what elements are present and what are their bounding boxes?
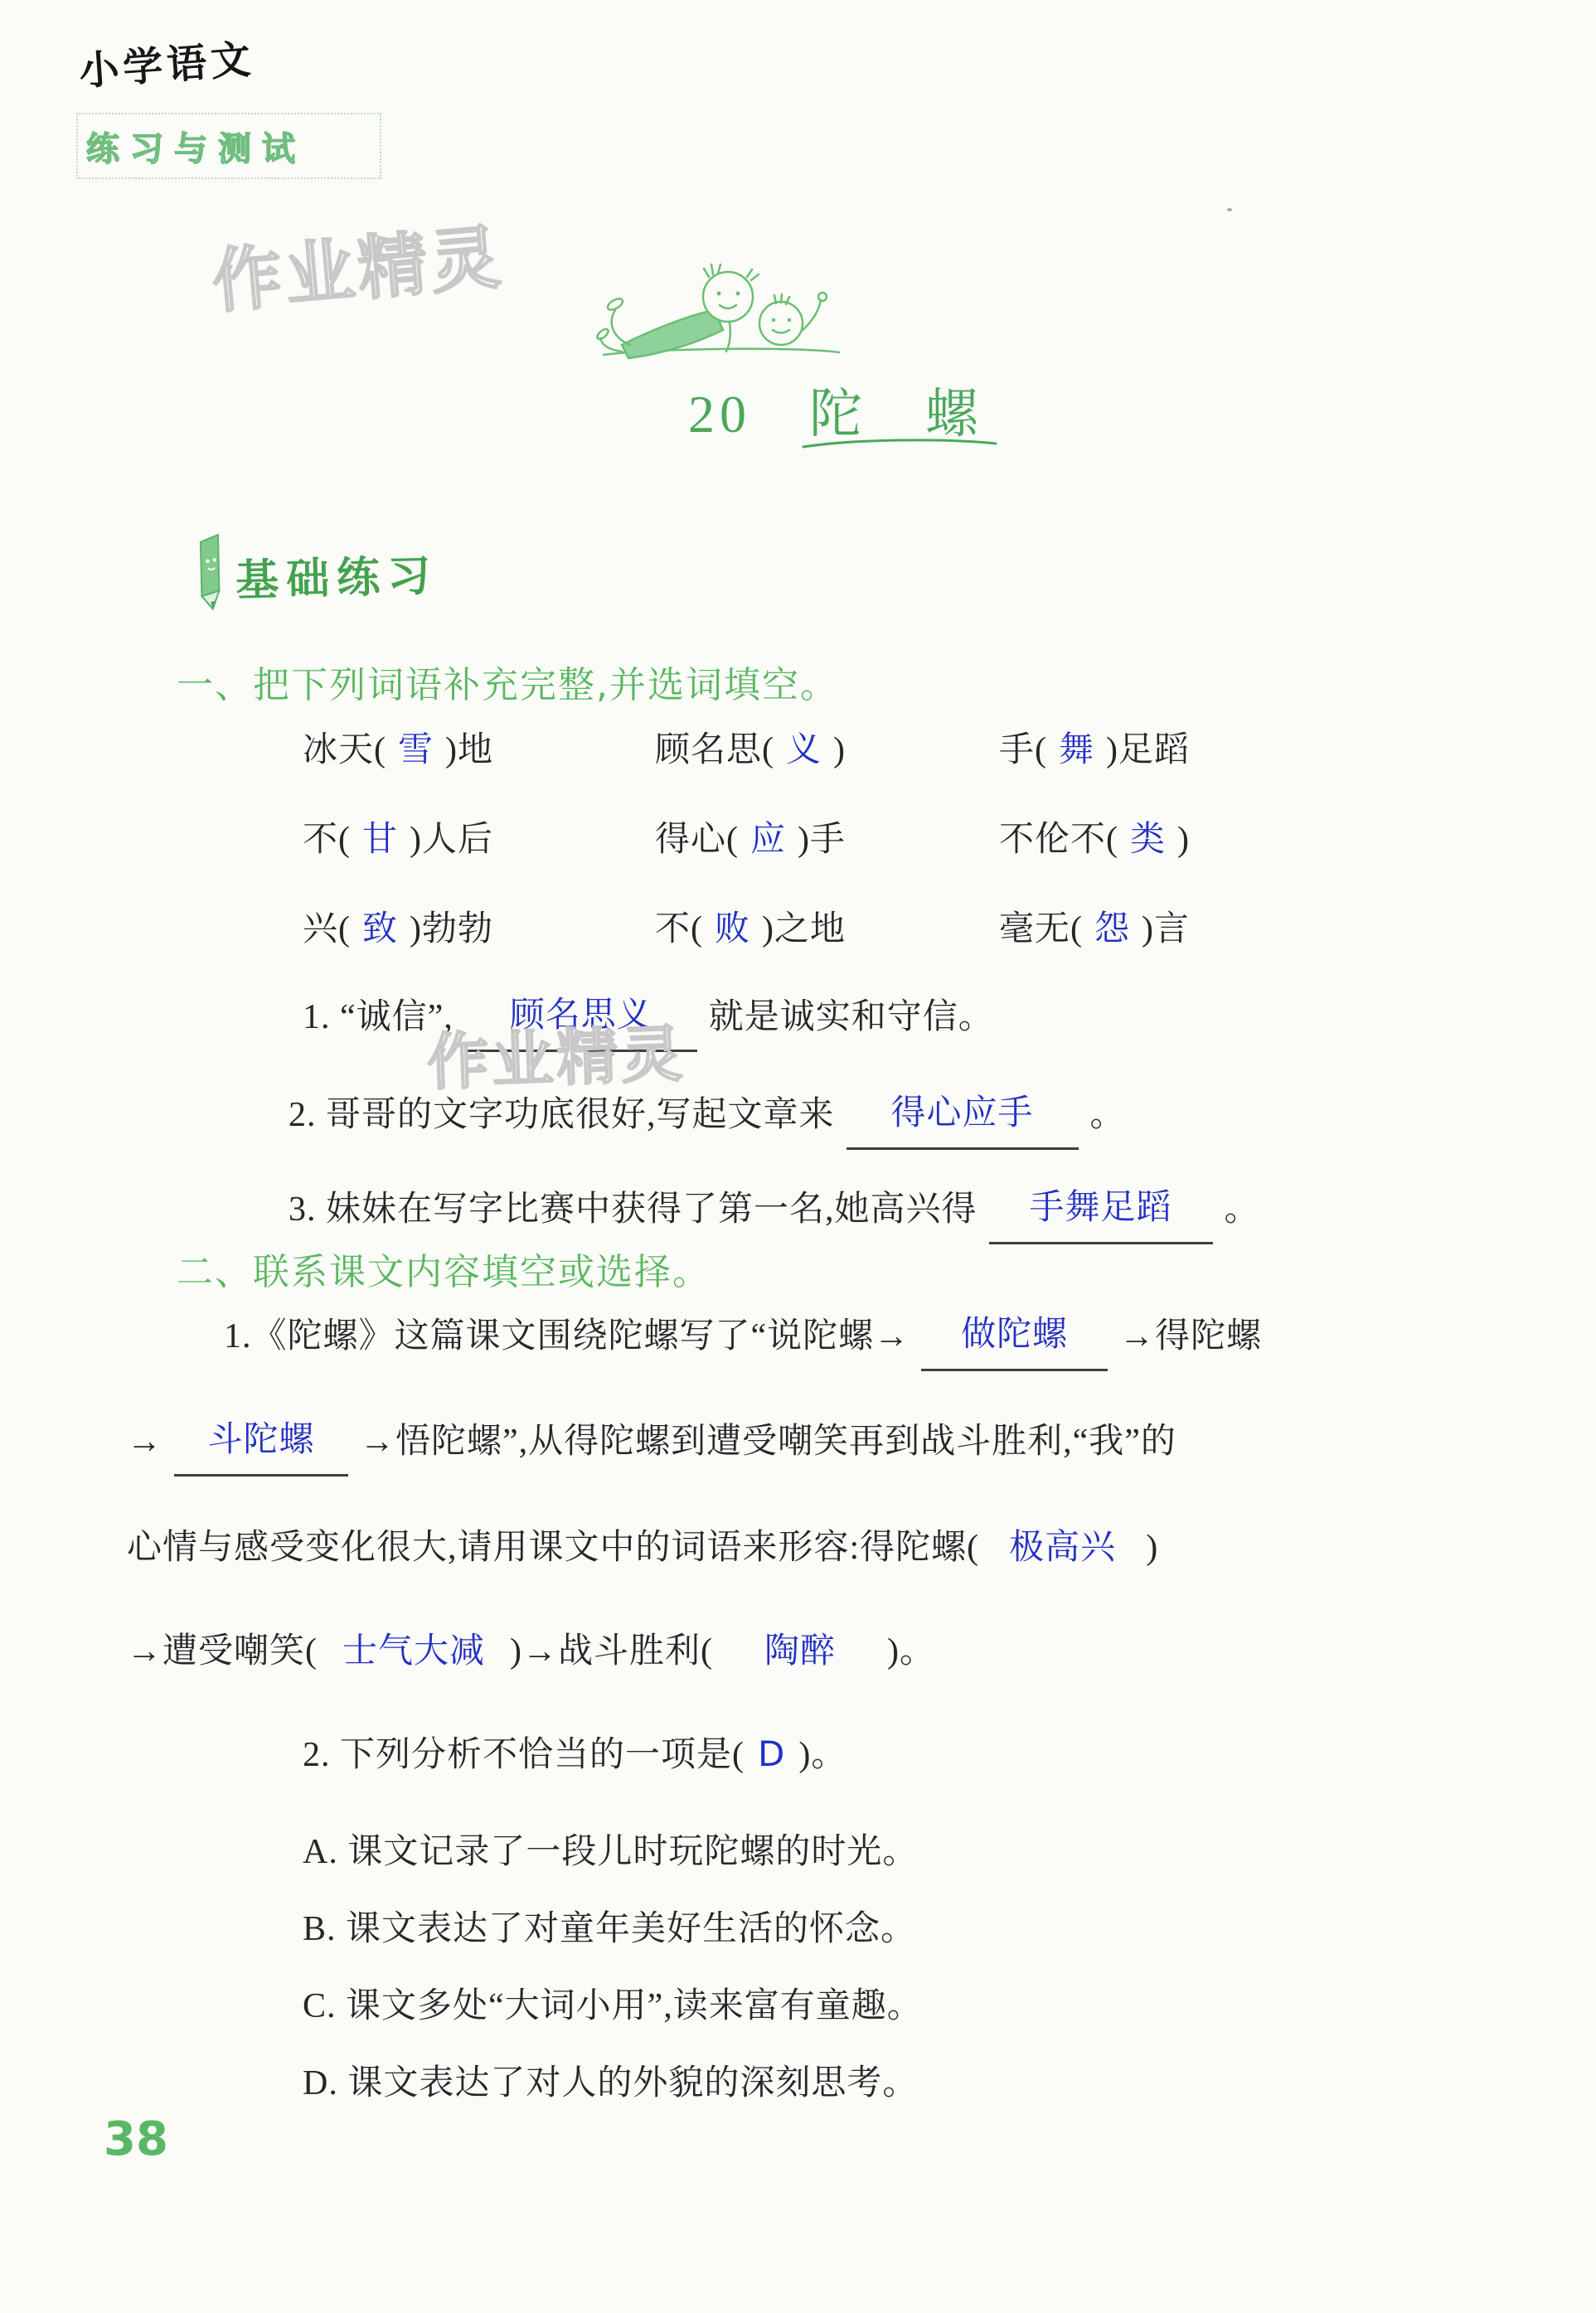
word-pre: 不( bbox=[655, 910, 703, 948]
word-answer: 义 bbox=[774, 729, 833, 769]
section-title-basic-practice: 基础练习 bbox=[235, 541, 439, 608]
q1-line2: →斗陀螺→悟陀螺”,从得陀螺到遭受嘲笑再到战斗胜利,“我”的 bbox=[127, 1419, 1176, 1477]
q1-text: 心情与感受变化很大,请用课文中的词语来形容:得陀螺( bbox=[127, 1529, 979, 1567]
word-answer: 舞 bbox=[1047, 729, 1106, 769]
fill-item-text: 。 bbox=[1225, 1190, 1260, 1229]
scan-speck bbox=[1227, 208, 1232, 211]
word-answer: 雪 bbox=[386, 729, 445, 769]
word-answer: 类 bbox=[1118, 818, 1177, 859]
word-pre: 兴( bbox=[303, 910, 351, 948]
word-pre: 冰天( bbox=[303, 731, 386, 769]
word-post: )地 bbox=[445, 731, 493, 769]
word-pre: 得心( bbox=[655, 821, 739, 859]
word-pre: 手( bbox=[999, 731, 1047, 769]
word-cell: 不(甘)人后 bbox=[303, 817, 493, 862]
answer-underline: 做陀螺 bbox=[921, 1314, 1108, 1371]
word-cell: 得心(应)手 bbox=[655, 817, 846, 862]
word-post: ) bbox=[1177, 821, 1190, 859]
word-pre: 毫无( bbox=[999, 910, 1083, 948]
word-cell: 不伦不(类) bbox=[999, 817, 1190, 862]
answer-underline: 手舞足蹈 bbox=[989, 1187, 1213, 1244]
word-answer: 甘 bbox=[351, 818, 410, 859]
q1-line3: 心情与感受变化很大,请用课文中的词语来形容:得陀螺(极高兴) bbox=[127, 1525, 1158, 1570]
handwritten-answer: D bbox=[745, 1734, 798, 1774]
brand-title: 小学语文 bbox=[77, 27, 256, 97]
q1-text: )→战斗胜利( bbox=[510, 1632, 713, 1670]
word-post: )言 bbox=[1142, 910, 1190, 948]
fill-item-text: 就是诚实和守信。 bbox=[709, 998, 994, 1036]
handwritten-answer: 陶醉 bbox=[713, 1630, 887, 1670]
handwritten-answer: 斗陀螺 bbox=[207, 1418, 314, 1462]
fill-item-text: 2. 哥哥的文字功底很好,写起文章来 bbox=[289, 1096, 835, 1134]
fill-item-text: 1. “诚信”, bbox=[303, 998, 454, 1036]
word-post: )足蹈 bbox=[1106, 731, 1190, 769]
watermark-text: 作业精灵 bbox=[207, 201, 507, 327]
word-pre: 不( bbox=[303, 821, 351, 859]
word-cell: 毫无(怨)言 bbox=[999, 907, 1190, 952]
fill-item-text: 3. 妹妹在写字比赛中获得了第一名,她高兴得 bbox=[289, 1190, 977, 1229]
word-answer: 败 bbox=[703, 908, 762, 948]
workbook-page: 小学语文 练习与测试 作业精灵 作业精灵 20 陀 bbox=[0, 0, 1596, 2313]
word-cell: 手(舞)足蹈 bbox=[999, 728, 1190, 773]
handwritten-answer: 得心应手 bbox=[891, 1091, 1034, 1135]
word-answer: 应 bbox=[739, 818, 798, 859]
fill-item-3: 3. 妹妹在写字比赛中获得了第一名,她高兴得手舞足蹈。 bbox=[289, 1187, 1260, 1244]
part1-heading: 一、把下列词语补充完整,并选词填空。 bbox=[177, 655, 838, 708]
word-post: ) bbox=[833, 731, 846, 769]
q2-stem: 2. 下列分析不恰当的一项是(D)。 bbox=[303, 1733, 847, 1777]
word-pre: 不伦不( bbox=[999, 821, 1118, 859]
word-post: )勃勃 bbox=[410, 910, 493, 948]
handwritten-answer: 顾名思义 bbox=[510, 993, 652, 1037]
page-number: 38 bbox=[104, 2112, 168, 2166]
fill-item-2: 2. 哥哥的文字功底很好,写起文章来得心应手。 bbox=[289, 1093, 1126, 1150]
kids-illustration-icon bbox=[593, 259, 850, 375]
fill-item-text: 。 bbox=[1090, 1096, 1126, 1134]
word-cell: 兴(致)勃勃 bbox=[303, 907, 493, 952]
q1-text: ) bbox=[1146, 1529, 1158, 1567]
q1-text: →得陀螺 bbox=[1119, 1317, 1262, 1355]
brand-subtitle: 练习与测试 bbox=[86, 123, 306, 170]
part2-heading: 二、联系课文内容填空或选择。 bbox=[177, 1242, 711, 1295]
title-underline-swoosh-icon bbox=[800, 434, 999, 453]
q1-text: )。 bbox=[887, 1632, 935, 1670]
pencil-icon bbox=[186, 520, 229, 615]
word-pre: 顾名思( bbox=[655, 731, 774, 769]
word-post: )手 bbox=[798, 821, 846, 859]
answer-underline: 得心应手 bbox=[847, 1093, 1079, 1150]
q1-text: → bbox=[127, 1423, 163, 1461]
handwritten-answer: 士气大减 bbox=[318, 1630, 510, 1670]
q2-option-c: C. 课文多处“大词小用”,读来富有童趣。 bbox=[303, 1985, 923, 2029]
q2-option-a: A. 课文记录了一段儿时玩陀螺的时光。 bbox=[303, 1831, 918, 1874]
word-cell: 顾名思(义) bbox=[655, 728, 846, 773]
fill-item-1: 1. “诚信”,顾名思义就是诚实和守信。 bbox=[303, 995, 994, 1052]
q2-option-b: B. 课文表达了对童年美好生活的怀念。 bbox=[303, 1908, 916, 1952]
q2-option-d: D. 课文表达了对人的外貌的深刻思考。 bbox=[303, 2062, 918, 2106]
word-answer: 怨 bbox=[1083, 908, 1142, 948]
q2-text: )。 bbox=[798, 1736, 847, 1774]
handwritten-answer: 做陀螺 bbox=[961, 1312, 1068, 1356]
q1-text: 1.《陀螺》这篇课文围绕陀螺写了“说陀螺→ bbox=[224, 1317, 910, 1355]
answer-underline: 斗陀螺 bbox=[174, 1419, 348, 1477]
q2-text: 2. 下列分析不恰当的一项是( bbox=[303, 1736, 745, 1774]
answer-underline: 顾名思义 bbox=[465, 995, 697, 1052]
handwritten-answer: 极高兴 bbox=[979, 1526, 1146, 1567]
word-cell: 冰天(雪)地 bbox=[303, 728, 493, 773]
word-post: )之地 bbox=[762, 910, 846, 948]
q1-line4: →遭受嘲笑(士气大减)→战斗胜利(陶醉)。 bbox=[127, 1629, 935, 1674]
word-answer: 致 bbox=[351, 908, 410, 948]
q1-text: →遭受嘲笑( bbox=[127, 1632, 318, 1670]
q1-line1: 1.《陀螺》这篇课文围绕陀螺写了“说陀螺→做陀螺→得陀螺 bbox=[224, 1314, 1262, 1371]
q1-text: →悟陀螺”,从得陀螺到遭受嘲笑再到战斗胜利,“我”的 bbox=[360, 1423, 1176, 1461]
handwritten-answer: 手舞足蹈 bbox=[1030, 1186, 1172, 1229]
word-post: )人后 bbox=[410, 821, 493, 859]
word-cell: 不(败)之地 bbox=[655, 907, 846, 952]
